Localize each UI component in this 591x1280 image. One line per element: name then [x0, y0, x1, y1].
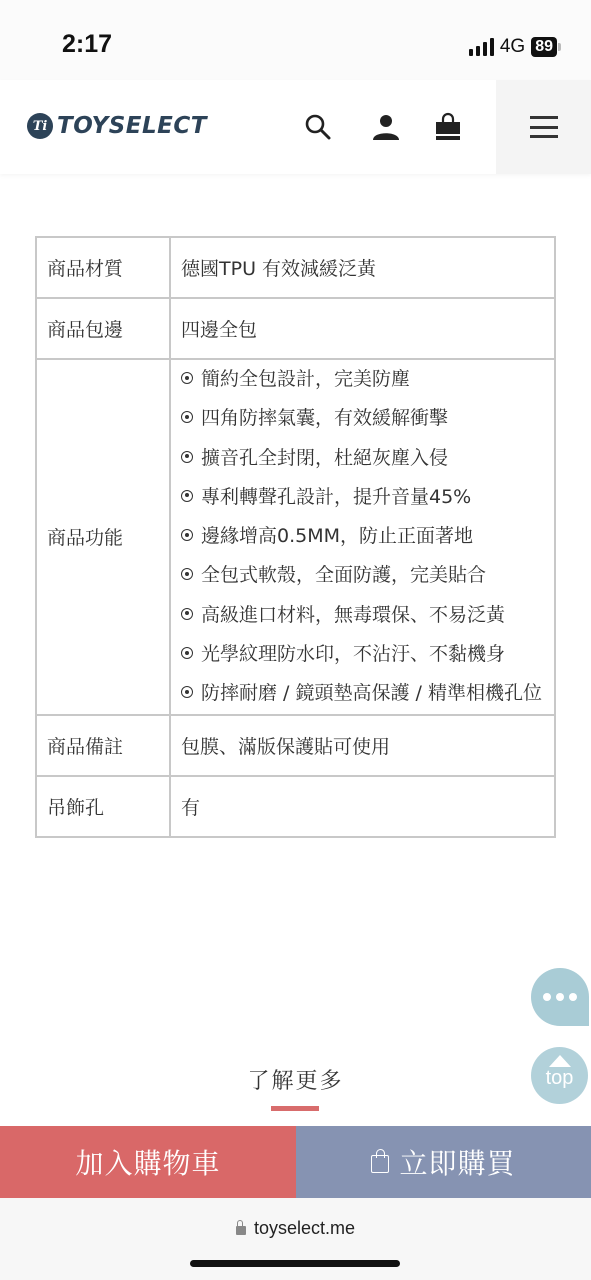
buy-now-label: 立即購買 — [399, 1142, 515, 1182]
battery-icon: 89 — [531, 37, 557, 57]
spec-label: 吊飾孔 — [36, 776, 170, 837]
bullet-icon — [181, 647, 193, 659]
feature-text: 邊緣增高0.5MM，防止正面著地 — [201, 525, 473, 547]
bullet-icon — [181, 686, 193, 698]
shopping-bag-icon — [371, 1155, 389, 1173]
feature-text: 全包式軟殼，全面防護，完美貼合 — [201, 564, 486, 586]
home-indicator[interactable] — [190, 1260, 400, 1267]
feature-text: 簡約全包設計，完美防塵 — [201, 368, 410, 390]
bullet-icon — [181, 372, 193, 384]
user-icon[interactable] — [371, 112, 401, 142]
buy-now-button[interactable]: 立即購買 — [296, 1126, 591, 1198]
heading-underline — [271, 1106, 319, 1111]
bullet-icon — [181, 529, 193, 541]
add-to-cart-label: 加入購物車 — [75, 1142, 220, 1182]
chat-button[interactable] — [531, 968, 589, 1026]
battery-tip — [558, 43, 561, 51]
bullet-icon — [181, 411, 193, 423]
bullet-icon — [181, 568, 193, 580]
chat-bubble-icon — [543, 993, 551, 1001]
feature-item: 全包式軟殼，全面防護，完美貼合 — [181, 556, 544, 595]
spec-label: 商品包邊 — [36, 298, 170, 359]
url-text: toyselect.me — [254, 1218, 355, 1239]
logo-badge-icon: Ti — [27, 113, 53, 139]
hamburger-menu-icon — [530, 116, 558, 138]
product-spec-table: 商品材質 德國TPU 有效減緩泛黃 商品包邊 四邊全包 商品功能 簡約全包設計，… — [35, 236, 556, 838]
table-row: 商品功能 簡約全包設計，完美防塵 四角防摔氣囊，有效緩解衝擊 擴音孔全封閉，杜絕… — [36, 359, 555, 715]
table-row: 商品材質 德國TPU 有效減緩泛黃 — [36, 237, 555, 298]
signal-icon — [469, 38, 494, 56]
bullet-icon — [181, 490, 193, 502]
feature-item: 簡約全包設計，完美防塵 — [181, 360, 544, 399]
feature-text: 高級進口材料，無毒環保、不易泛黃 — [201, 604, 505, 626]
table-row: 吊飾孔 有 — [36, 776, 555, 837]
bullet-icon — [181, 451, 193, 463]
shopping-bag-icon[interactable] — [433, 112, 463, 142]
network-type: 4G — [500, 36, 525, 58]
spec-value: 四邊全包 — [170, 298, 555, 359]
spec-label: 商品功能 — [36, 359, 170, 715]
lock-icon — [236, 1226, 246, 1235]
table-row: 商品包邊 四邊全包 — [36, 298, 555, 359]
status-indicators: 4G 89 — [469, 36, 561, 58]
site-header: Ti TOYSELECT — [0, 80, 591, 174]
feature-text: 防摔耐磨 / 鏡頭墊高保護 / 精準相機孔位 — [201, 682, 542, 704]
feature-item: 高級進口材料，無毒環保、不易泛黃 — [181, 596, 544, 635]
feature-list: 簡約全包設計，完美防塵 四角防摔氣囊，有效緩解衝擊 擴音孔全封閉，杜絕灰塵入侵 … — [170, 359, 555, 715]
feature-item: 四角防摔氣囊，有效緩解衝擊 — [181, 399, 544, 438]
table-row: 商品備註 包膜、滿版保護貼可使用 — [36, 715, 555, 776]
feature-item: 防摔耐磨 / 鏡頭墊高保護 / 精準相機孔位 — [181, 674, 544, 713]
spec-label: 商品材質 — [36, 237, 170, 298]
feature-text: 專利轉聲孔設計，提升音量45% — [201, 486, 471, 508]
url-bar[interactable]: toyselect.me — [0, 1218, 591, 1239]
bullet-icon — [181, 608, 193, 620]
search-icon[interactable] — [303, 112, 333, 142]
status-time: 2:17 — [62, 30, 112, 59]
feature-item: 專利轉聲孔設計，提升音量45% — [181, 478, 544, 517]
feature-item: 擴音孔全封閉，杜絕灰塵入侵 — [181, 439, 544, 478]
logo[interactable]: Ti TOYSELECT — [27, 113, 207, 139]
feature-item: 光學紋理防水印，不沾汙、不黏機身 — [181, 635, 544, 674]
browser-bar: toyselect.me — [0, 1198, 591, 1280]
cta-bar: 加入購物車 立即購買 — [0, 1126, 591, 1198]
menu-button[interactable] — [496, 80, 591, 174]
spec-value: 包膜、滿版保護貼可使用 — [170, 715, 555, 776]
feature-text: 四角防摔氣囊，有效緩解衝擊 — [201, 407, 448, 429]
spec-label: 商品備註 — [36, 715, 170, 776]
logo-text: TOYSELECT — [57, 113, 207, 139]
add-to-cart-button[interactable]: 加入購物車 — [0, 1126, 296, 1198]
feature-text: 光學紋理防水印，不沾汙、不黏機身 — [201, 643, 505, 665]
learn-more-heading[interactable]: 了解更多 — [0, 1064, 591, 1095]
feature-item: 邊緣增高0.5MM，防止正面著地 — [181, 517, 544, 556]
spec-value: 有 — [170, 776, 555, 837]
status-bar: 2:17 4G 89 — [0, 0, 591, 80]
feature-text: 擴音孔全封閉，杜絕灰塵入侵 — [201, 447, 448, 469]
spec-value: 德國TPU 有效減緩泛黃 — [170, 237, 555, 298]
